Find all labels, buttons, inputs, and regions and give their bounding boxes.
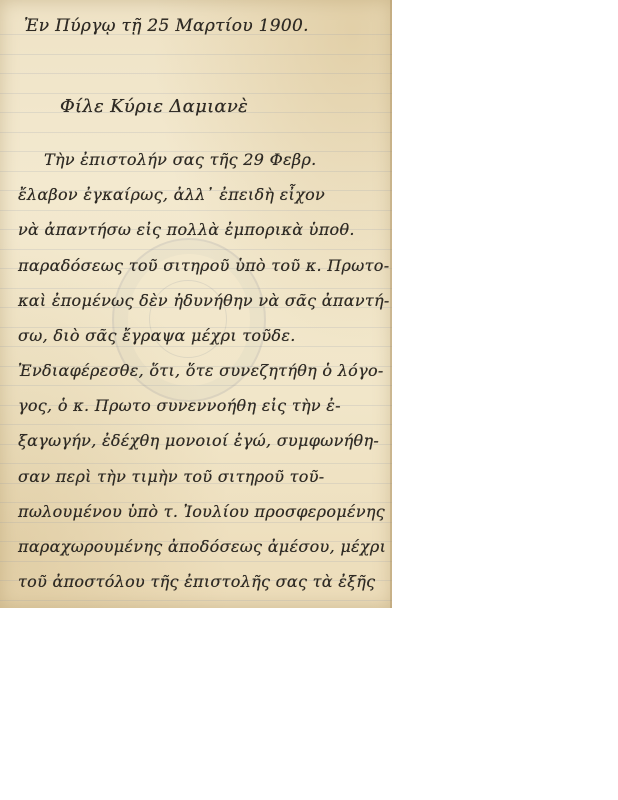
ruled-line (0, 132, 392, 133)
body-line: ἔλαβον ἐγκαίρως, ἀλλ᾽ ἐπειδὴ εἶχον (18, 185, 382, 204)
body-line: νὰ ἀπαντήσω εἰς πολλὰ ἐμπορικὰ ὑποθ. (18, 220, 382, 239)
body-line: καὶ ἐπομένως δὲν ἠδυνήθην νὰ σᾶς ἀπαντή- (18, 291, 382, 310)
dateline: Ἐν Πύργῳ τῇ 25 Μαρτίου 1900. (24, 16, 382, 36)
body-line: τοῦ ἀποστόλου τῆς ἐπιστολῆς σας τὰ ἐξῆς (18, 572, 382, 591)
body-line: παραδόσεως τοῦ σιτηροῦ ὑπὸ τοῦ κ. Πρωτο- (18, 256, 382, 275)
paper-edge (390, 0, 392, 608)
ruled-line (0, 561, 392, 562)
ruled-line (0, 93, 392, 94)
body-line: Ἐνδιαφέρεσθε, ὅτι, ὅτε συνεζητήθη ὁ λόγο… (18, 361, 382, 380)
letter-page: Ἐν Πύργῳ τῇ 25 Μαρτίου 1900. Φίλε Κύριε … (0, 0, 392, 608)
body-line: παραχωρουμένης ἀποδόσεως ἀμέσου, μέχρι (18, 537, 382, 556)
ruled-line (0, 171, 392, 172)
ruled-line (0, 600, 392, 601)
body-line: Τὴν ἐπιστολήν σας τῆς 29 Φεβρ. (44, 150, 382, 169)
body-line: σω, διὸ σᾶς ἔγραψα μέχρι τοῦδε. (18, 326, 382, 345)
ruled-line (0, 54, 392, 55)
body-line: γος, ὁ κ. Πρωτο συνεννοήθη εἰς τὴν ἐ- (18, 396, 382, 415)
body-line: ξαγωγήν, ἐδέχθη μονοιοί ἐγώ, συμφωνήθη- (18, 431, 382, 450)
body-line: πωλουμένου ὑπὸ τ. Ἰουλίου προσφερομένης (18, 502, 382, 521)
salutation: Φίλε Κύριε Δαμιανὲ (60, 96, 382, 117)
body-line: σαν περὶ τὴν τιμὴν τοῦ σιτηροῦ τοῦ- (18, 467, 382, 486)
ruled-line (0, 73, 392, 74)
ruled-line (0, 522, 392, 523)
ruled-line (0, 463, 392, 464)
ruled-line (0, 424, 392, 425)
ruled-line (0, 210, 392, 211)
